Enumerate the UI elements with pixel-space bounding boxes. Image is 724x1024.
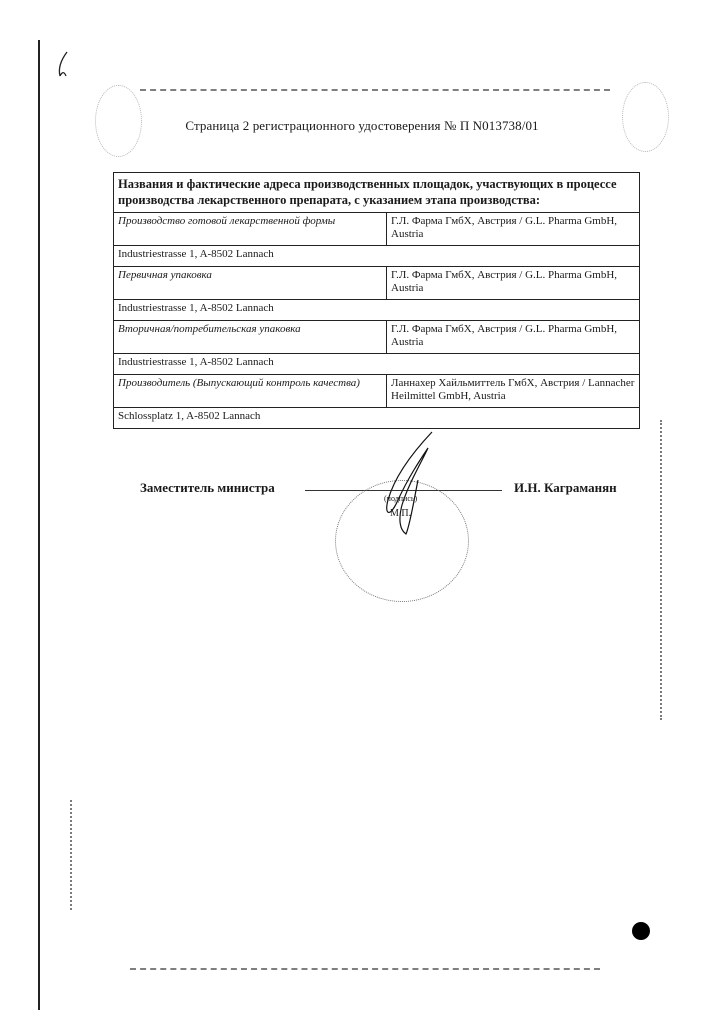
handwritten-mark-icon [55, 50, 75, 80]
table-row: Industriestrasse 1, A-8502 Lannach [114, 246, 640, 267]
stage-cell: Производитель (Выпускающий контроль каче… [114, 375, 387, 408]
table-row: Industriestrasse 1, A-8502 Lannach [114, 354, 640, 375]
scan-artifact-left-dots [70, 800, 72, 910]
address-cell: Industriestrasse 1, A-8502 Lannach [114, 354, 640, 375]
company-cell: Г.Л. Фарма ГмбХ, Австрия / G.L. Pharma G… [387, 267, 640, 300]
table-row: Производитель (Выпускающий контроль каче… [114, 375, 640, 408]
table-heading: Названия и фактические адреса производст… [114, 173, 640, 213]
stage-cell: Вторичная/потребительская упаковка [114, 321, 387, 354]
company-cell: Ланнахер Хайльмиттель ГмбХ, Австрия / La… [387, 375, 640, 408]
manufacturing-sites-table: Названия и фактические адреса производст… [113, 172, 640, 429]
signatory-name: И.Н. Каграманян [514, 480, 617, 496]
stage-cell: Первичная упаковка [114, 267, 387, 300]
signature-caption: (подпись) [384, 494, 417, 503]
table-row: Industriestrasse 1, A-8502 Lannach [114, 300, 640, 321]
address-cell: Schlossplatz 1, A-8502 Lannach [114, 408, 640, 429]
company-cell: Г.Л. Фарма ГмбХ, Австрия / G.L. Pharma G… [387, 321, 640, 354]
stamp-label: М.П. [390, 508, 411, 519]
scan-edge-line [38, 40, 40, 1010]
address-cell: Industriestrasse 1, A-8502 Lannach [114, 246, 640, 267]
table-heading-row: Названия и фактические адреса производст… [114, 173, 640, 213]
table-row: Schlossplatz 1, A-8502 Lannach [114, 408, 640, 429]
scan-artifact-right-dots [660, 420, 662, 720]
address-cell: Industriestrasse 1, A-8502 Lannach [114, 300, 640, 321]
stage-cell: Производство готовой лекарственной формы [114, 213, 387, 246]
hole-punch-mark [632, 922, 650, 940]
table-row: Вторичная/потребительская упаковка Г.Л. … [114, 321, 640, 354]
scan-artifact-top-line [140, 89, 610, 92]
handwritten-signature-icon [370, 430, 440, 540]
signatory-title: Заместитель министра [140, 480, 275, 496]
table-row: Производство готовой лекарственной формы… [114, 213, 640, 246]
table-row: Первичная упаковка Г.Л. Фарма ГмбХ, Авст… [114, 267, 640, 300]
page-header: Страница 2 регистрационного удостоверени… [0, 118, 724, 134]
company-cell: Г.Л. Фарма ГмбХ, Австрия / G.L. Pharma G… [387, 213, 640, 246]
scan-artifact-bottom-line [130, 968, 600, 971]
scan-artifact-smudge [622, 82, 669, 152]
